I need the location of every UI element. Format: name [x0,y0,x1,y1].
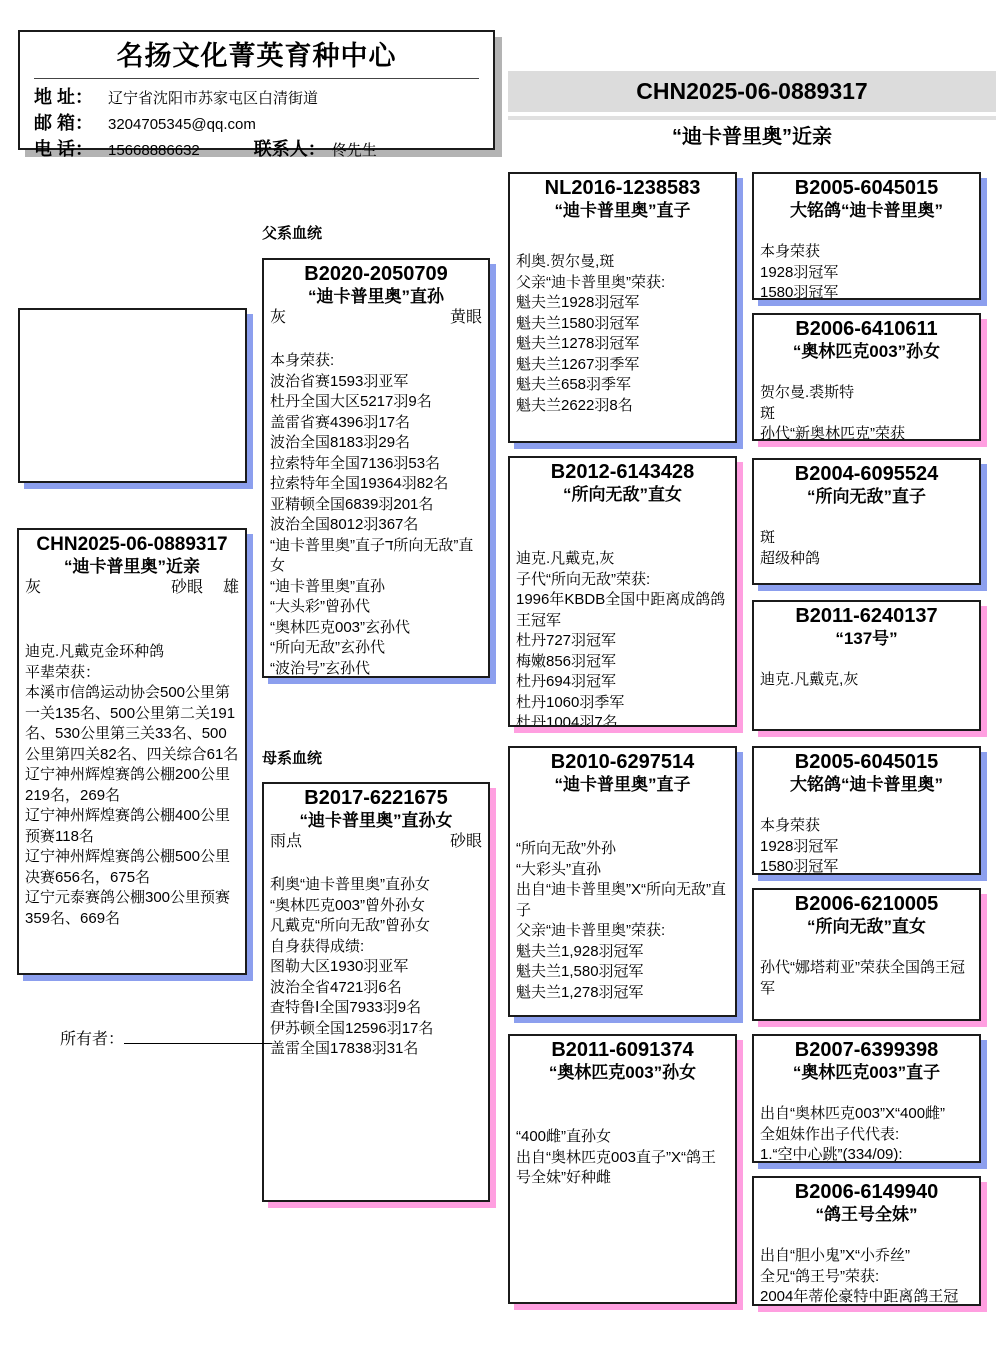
text-line: 本身荣获 [760,816,973,837]
text-line: 辽宁神州辉煌赛鸽公棚200公里219名，269名 [25,765,239,806]
grandmother-maternal-box: B2011-6091374 “奥林匹克003”孙女 “400雌”直孙女出自“奥林… [508,1034,737,1304]
gp1-achievements: 利奥.贺尔曼,斑父亲“迪卡普里奥”荣获:魁夫兰1928羽冠军魁夫兰1580羽冠军… [516,252,729,416]
ggp3-ring: B2004-6095524 [760,463,973,486]
ggp5-ring: B2005-6045015 [760,751,973,774]
email-label: 邮 箱： [34,111,108,135]
breeder-name: 名扬文化菁英育种中心 [34,38,479,74]
text-line: 凡戴克“所向无敌”曾孙女 [270,916,482,937]
mother-name: “迪卡普里奥”直孙女 [270,810,482,831]
grandmother-paternal-box: B2012-6143428 “所向无敌”直女 迪克.凡戴克,灰子代“所向无敌”荣… [508,456,737,727]
subject-ring: CHN2025-06-0889317 [25,533,239,556]
gp3-achievements: “所向无敌”外孙“大彩头”直孙出自“迪卡普里奥”X“所向无敌”直子父亲“迪卡普里… [516,839,729,1003]
text-line: 斑 [760,528,973,549]
text-line: 利奥“迪卡普里奥”直孙女 [270,875,482,896]
text-line: 波治省赛1593羽亚军 [270,372,482,393]
text-line: 斑 [760,404,973,425]
text-line: 孙代“娜塔莉亚”荣获全国鸽王冠军 [760,958,973,999]
ggp1-ring: B2005-6045015 [760,177,973,200]
owner-row: 所有者： [60,1028,272,1051]
ggp1-achievements: 本身荣获1928羽冠军1580羽冠军 [760,242,973,300]
text-line: 辽宁神州辉煌赛鸽公棚400公里预赛118名 [25,806,239,847]
text-line: 杜丹1060羽季军 [516,693,729,714]
text-line: 魁夫兰1580羽冠军 [516,314,729,335]
contact-label: 联系人： [254,137,326,161]
text-line: 盖雷省赛4396羽17名 [270,413,482,434]
text-line: 拉索特年全国19364羽82名 [270,474,482,495]
subject-eye: 砂眼 [171,577,203,598]
mother-achievements: 利奥“迪卡普里奥”直孙女“奥林匹克003”曾外孙女凡戴克“所向无敌”曾孙女自身获… [270,875,482,1060]
ggp7-ring: B2007-6399398 [760,1039,973,1062]
ggp2-name: “奥林匹克003”孙女 [760,341,973,362]
text-line: “所向无敌”玄孙代 [270,638,482,659]
ggp1-name: 大铭鸽“迪卡普里奥” [760,200,973,221]
ggp3-name: “所向无敌”直子 [760,486,973,507]
gp2-name: “所向无敌”直女 [516,484,729,505]
text-line: 迪克.凡戴克,灰 [760,670,973,691]
mother-traits: 雨点 砂眼 [270,831,482,852]
gp1-ring: NL2016-1238583 [516,177,729,200]
great-grandparent-box-8: B2006-6149940 “鸽王号全妹” 出自“胆小鬼”X“小乔丝”全兄“鸽王… [752,1176,981,1306]
mother-color: 雨点 [270,831,302,852]
text-line: 孙代“新奥林匹克”荣获 [760,424,973,441]
text-line: 图勒大区1930羽亚军 [270,957,482,978]
text-line: 出自“奥林匹克003直子”X“鸽王号全妹”好种雌 [516,1148,729,1189]
father-ring: B2020-2050709 [270,263,482,286]
ggp8-ring: B2006-6149940 [760,1181,973,1204]
ggp4-ring: B2011-6240137 [760,605,973,628]
text-line: 拉索特年全国7136羽53名 [270,454,482,475]
text-line: “波治号”玄孙代 [270,659,482,679]
text-line: “大头彩”曾孙代 [270,597,482,618]
text-line: 杜丹694羽冠军 [516,672,729,693]
text-line: 出自“奥林匹克003”X“400雌” [760,1104,973,1125]
email-row: 邮 箱： 3204705345@qq.com [34,111,479,137]
text-line: 辽宁元泰赛鸽公棚300公里预赛359名、669名 [25,888,239,929]
text-line: 子代“所向无敌”荣获: [516,570,729,591]
text-line: “奥林匹克003”玄孙代 [270,618,482,639]
text-line: 魁夫兰658羽季军 [516,375,729,396]
text-line: 父亲“迪卡普里奥”荣获: [516,273,729,294]
breeder-header-box: 名扬文化菁英育种中心 地 址： 辽宁省沈阳市苏家屯区白清街道 邮 箱： 3204… [18,30,495,150]
text-line: 杜丹全国大区5217羽9名 [270,392,482,413]
great-grandparent-box-2: B2006-6410611 “奥林匹克003”孙女 贺尔曼.裘斯特斑孙代“新奥林… [752,313,981,441]
grandfather-maternal-box: B2010-6297514 “迪卡普里奥”直子 “所向无敌”外孙“大彩头”直孙出… [508,746,737,1017]
ggp6-achievements: 孙代“娜塔莉亚”荣获全国鸽王冠军 [760,958,973,999]
gp4-ring: B2011-6091374 [516,1039,729,1062]
text-line: 2004年蒂伦豪特中距离鸽王冠 [760,1287,973,1306]
father-traits: 灰 黄眼 [270,307,482,328]
great-grandparent-box-4: B2011-6240137 “137号” 迪克.凡戴克,灰 [752,600,981,731]
text-line: 1580羽冠军 [760,283,973,300]
text-line: “所向无敌”外孙 [516,839,729,860]
ggp6-name: “所向无敌”直女 [760,916,973,937]
father-box: B2020-2050709 “迪卡普里奥”直孙 灰 黄眼 本身荣获:波治省赛15… [262,258,490,678]
text-line: 伊苏顿全国12596羽17名 [270,1019,482,1040]
phone-row: 电 话： 15668886632 联系人： 佟先生 [34,137,479,163]
ggp4-name: “137号” [760,628,973,649]
text-line: 本溪市信鸽运动协会500公里第一关135名、500公里第二关191名、530公里… [25,683,239,765]
father-achievements: 本身荣获:波治省赛1593羽亚军杜丹全国大区5217羽9名盖雷省赛4396羽17… [270,351,482,678]
mother-box: B2017-6221675 “迪卡普里奥”直孙女 雨点 砂眼 利奥“迪卡普里奥”… [262,782,490,1202]
ggp7-name: “奥林匹克003”直子 [760,1062,973,1083]
text-line: 亚精顿全国6839羽201名 [270,495,482,516]
text-line: 辽宁神州辉煌赛鸽公棚500公里决赛656名，675名 [25,847,239,888]
gp2-ring: B2012-6143428 [516,461,729,484]
ggp6-ring: B2006-6210005 [760,893,973,916]
mother-eye: 砂眼 [450,831,482,852]
gp1-name: “迪卡普里奥”直子 [516,200,729,221]
owner-label: 所有者： [60,1031,124,1048]
text-line: 魁夫兰1,580羽冠军 [516,962,729,983]
ring-number-banner: CHN2025-06-0889317 [508,71,996,112]
address-row: 地 址： 辽宁省沈阳市苏家屯区白清街道 [34,85,479,111]
paternal-line-label: 父系血统 [262,222,322,243]
ggp5-achievements: 本身荣获1928羽冠军1580羽冠军 [760,816,973,875]
text-line: 查特鲁Ⅰ全国7933羽9名 [270,998,482,1019]
subject-color: 灰 [25,577,41,598]
father-color: 灰 [270,307,286,328]
text-line: 贺尔曼.裘斯特 [760,383,973,404]
text-line: 自身获得成绩: [270,937,482,958]
contact-value: 佟先生 [332,139,377,163]
address-value: 辽宁省沈阳市苏家屯区白清街道 [108,87,318,111]
text-line: 全姐妹作出子代代表: [760,1125,973,1146]
text-line: 利奥.贺尔曼,斑 [516,252,729,273]
subject-achievements: 迪克.凡戴克金环种鸽平辈荣获：本溪市信鸽运动协会500公里第一关135名、500… [25,642,239,929]
text-line: 1.“空中心跳”(334/09): [760,1145,973,1163]
text-line: 波治全国8012羽367名 [270,515,482,536]
gp3-ring: B2010-6297514 [516,751,729,774]
text-line: 魁夫兰1,928羽冠军 [516,942,729,963]
mother-ring: B2017-6221675 [270,787,482,810]
banner-stripe [508,116,996,120]
subject-sex: 雄 [223,577,239,598]
text-line: 平辈荣获： [25,663,239,684]
text-line: 盖雷全国17838羽31名 [270,1039,482,1060]
ggp3-achievements: 斑超级种鸽 [760,528,973,569]
ggp7-achievements: 出自“奥林匹克003”X“400雌”全姐妹作出子代代表:1.“空中心跳”(334… [760,1104,973,1163]
text-line: 迪克.凡戴克,灰 [516,549,729,570]
ggp2-ring: B2006-6410611 [760,318,973,341]
great-grandparent-box-7: B2007-6399398 “奥林匹克003”直子 出自“奥林匹克003”X“4… [752,1034,981,1163]
maternal-line-label: 母系血统 [262,747,322,768]
text-line: 魁夫兰2622羽8名 [516,396,729,417]
pedigree-certificate: 名扬文化菁英育种中心 地 址： 辽宁省沈阳市苏家屯区白清街道 邮 箱： 3204… [0,0,1006,1366]
text-line: 1580羽冠军 [760,857,973,875]
ggp8-name: “鸽王号全妹” [760,1204,973,1225]
ggp2-achievements: 贺尔曼.裘斯特斑孙代“新奥林匹克”荣获 [760,383,973,441]
text-line: 父亲“迪卡普里奥”荣获: [516,921,729,942]
text-line: 魁夫兰1278羽冠军 [516,334,729,355]
subject-name: “迪卡普里奥”近亲 [25,556,239,577]
text-line: “大彩头”直孙 [516,860,729,881]
phone-value: 15668886632 [108,139,200,163]
text-line: 波治全省4721羽6名 [270,978,482,999]
text-line: 梅嫩856羽冠军 [516,652,729,673]
phone-label: 电 话： [34,137,108,161]
father-name: “迪卡普里奥”直孙 [270,286,482,307]
text-line: 全兄“鸽王号”荣获: [760,1267,973,1288]
text-line: “400雌”直孙女 [516,1127,729,1148]
text-line: 魁夫兰1,278羽冠军 [516,983,729,1004]
text-line: “迪卡普里奥”直子ד所向无敌”直女 [270,536,482,577]
gp2-achievements: 迪克.凡戴克,灰子代“所向无敌”荣获:1996年KBDB全国中距离成鸽鸽王冠军杜… [516,549,729,727]
text-line: 超级种鸽 [760,549,973,570]
text-line: 1928羽冠军 [760,263,973,284]
text-line: 1928羽冠军 [760,837,973,858]
photo-box-empty [18,308,247,483]
great-grandparent-box-3: B2004-6095524 “所向无敌”直子 斑超级种鸽 [752,458,981,585]
great-grandparent-box-1: B2005-6045015 大铭鸽“迪卡普里奥” 本身荣获1928羽冠军1580… [752,172,981,300]
ggp5-name: 大铭鸽“迪卡普里奥” [760,774,973,795]
pedigree-title: “迪卡普里奥”近亲 [508,122,996,152]
gp3-name: “迪卡普里奥”直子 [516,774,729,795]
text-line: 波治全国8183羽29名 [270,433,482,454]
email-value: 3204705345@qq.com [108,113,256,137]
owner-signature-blank [124,1028,272,1044]
great-grandparent-box-6: B2006-6210005 “所向无敌”直女 孙代“娜塔莉亚”荣获全国鸽王冠军 [752,888,981,1021]
gp4-name: “奥林匹克003”孙女 [516,1062,729,1083]
ggp4-achievements: 迪克.凡戴克,灰 [760,670,973,691]
text-line: “迪卡普里奥”直孙 [270,577,482,598]
subject-traits: 灰 砂眼 雄 [25,577,239,598]
ggp8-achievements: 出自“胆小鬼”X“小乔丝”全兄“鸽王号”荣获:2004年蒂伦豪特中距离鸽王冠 [760,1246,973,1306]
text-line: 杜丹727羽冠军 [516,631,729,652]
great-grandparent-box-5: B2005-6045015 大铭鸽“迪卡普里奥” 本身荣获1928羽冠军1580… [752,746,981,875]
text-line: “奥林匹克003”曾外孙女 [270,896,482,917]
text-line: 本身荣获: [270,351,482,372]
header-divider [34,78,479,79]
father-eye: 黄眼 [450,307,482,328]
text-line: 魁夫兰1928羽冠军 [516,293,729,314]
text-line: 魁夫兰1267羽季军 [516,355,729,376]
text-line: 杜丹1004羽7名 [516,713,729,727]
text-line: 1996年KBDB全国中距离成鸽鸽王冠军 [516,590,729,631]
text-line: 迪克.凡戴克金环种鸽 [25,642,239,663]
grandfather-paternal-box: NL2016-1238583 “迪卡普里奥”直子 利奥.贺尔曼,斑父亲“迪卡普里… [508,172,737,443]
text-line: 本身荣获 [760,242,973,263]
subject-box: CHN2025-06-0889317 “迪卡普里奥”近亲 灰 砂眼 雄 迪克.凡… [17,528,247,975]
text-line: 出自“迪卡普里奥”X“所向无敌”直子 [516,880,729,921]
address-label: 地 址： [34,85,108,109]
text-line: 出自“胆小鬼”X“小乔丝” [760,1246,973,1267]
gp4-achievements: “400雌”直孙女出自“奥林匹克003直子”X“鸽王号全妹”好种雌 [516,1127,729,1189]
